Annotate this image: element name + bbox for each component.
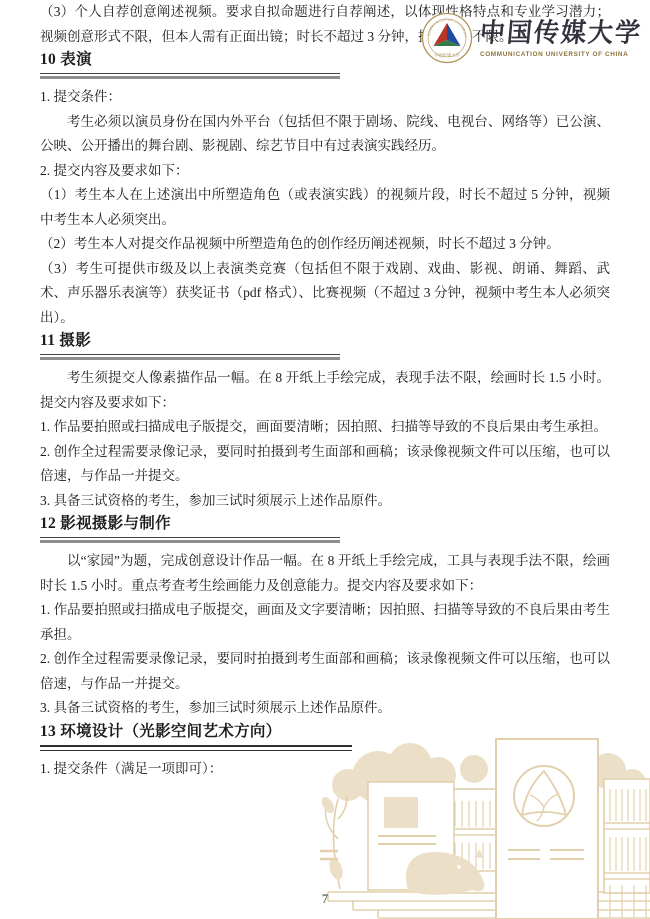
section-title: 11 摄影: [40, 330, 610, 351]
university-name-en: COMMUNICATION UNIVERSITY OF CHINA: [480, 51, 628, 58]
paragraph: 1. 提交条件（满足一项即可）：: [40, 757, 610, 782]
university-emblem-icon: COMMUNICATION UNIVERSITY OF CHINA 中国传媒大学: [421, 12, 473, 64]
svg-text:中国传媒大学: 中国传媒大学: [434, 52, 460, 59]
section-title: 13 环境设计（光影空间艺术方向）: [40, 721, 610, 742]
section-title-rule: [40, 745, 352, 751]
section-performance: 10 表演 1. 提交条件： 考生必须以演员身份在国内外平台（包括但不限于剧场、…: [40, 49, 610, 330]
section-title-rule: [40, 73, 340, 79]
section-environment-design: 13 环境设计（光影空间艺术方向） 1. 提交条件（满足一项即可）：: [40, 721, 610, 782]
paragraph: 2. 提交内容及要求如下：: [40, 159, 610, 184]
page-number: 7: [0, 892, 650, 907]
paragraph: （3）考生可提供市级及以上表演类竞赛（包括但不限于戏剧、戏曲、影视、朗诵、舞蹈、…: [40, 257, 610, 331]
paragraph: 考生须提交人像素描作品一幅。在 8 开纸上手绘完成，表现手法不限，绘画时长 1.…: [40, 366, 610, 415]
section-film-tv-production: 12 影视摄影与制作 以“家园”为题，完成创意设计作品一幅。在 8 开纸上手绘完…: [40, 513, 610, 721]
paragraph: 以“家园”为题，完成创意设计作品一幅。在 8 开纸上手绘完成，工具与表现手法不限…: [40, 549, 610, 598]
section-title-rule: [40, 537, 340, 543]
paragraph: 1. 作品要拍照或扫描成电子版提交，画面及文字要清晰；因拍照、扫描等导致的不良后…: [40, 598, 610, 647]
university-name-cn: 中国传媒大学: [479, 17, 644, 49]
paragraph: （2）考生本人对提交作品视频中所塑造角色的创作经历阐述视频，时长不超过 3 分钟…: [40, 232, 610, 257]
paragraph: 3. 具备三试资格的考生，参加三试时须展示上述作品原件。: [40, 696, 610, 721]
paragraph: 2. 创作全过程需要录像记录，要同时拍摄到考生面部和画稿；该录像视频文件可以压缩…: [40, 647, 610, 696]
university-logo: COMMUNICATION UNIVERSITY OF CHINA 中国传媒大学…: [421, 12, 642, 64]
paragraph: （1）考生本人在上述演出中所塑造角色（或表演实践）的视频片段，时长不超过 5 分…: [40, 183, 610, 232]
paragraph: 考生必须以演员身份在国内外平台（包括但不限于剧场、院线、电视台、网络等）已公演、…: [40, 110, 610, 159]
paragraph: 1. 作品要拍照或扫描成电子版提交，画面要清晰；因拍照、扫描等导致的不良后果由考…: [40, 415, 610, 440]
document-page: COMMUNICATION UNIVERSITY OF CHINA 中国传媒大学…: [0, 0, 650, 919]
paragraph: 3. 具备三试资格的考生，参加三试时须展示上述作品原件。: [40, 489, 610, 514]
document-content: （3）个人自荐创意阐述视频。要求自拟命题进行自荐阐述，以体现性格特点和专业学习潜…: [0, 0, 650, 919]
paragraph: 1. 提交条件：: [40, 85, 610, 110]
section-photography: 11 摄影 考生须提交人像素描作品一幅。在 8 开纸上手绘完成，表现手法不限，绘…: [40, 330, 610, 513]
section-title-rule: [40, 354, 340, 360]
paragraph: 2. 创作全过程需要录像记录，要同时拍摄到考生面部和画稿；该录像视频文件可以压缩…: [40, 440, 610, 489]
section-title: 12 影视摄影与制作: [40, 513, 610, 534]
